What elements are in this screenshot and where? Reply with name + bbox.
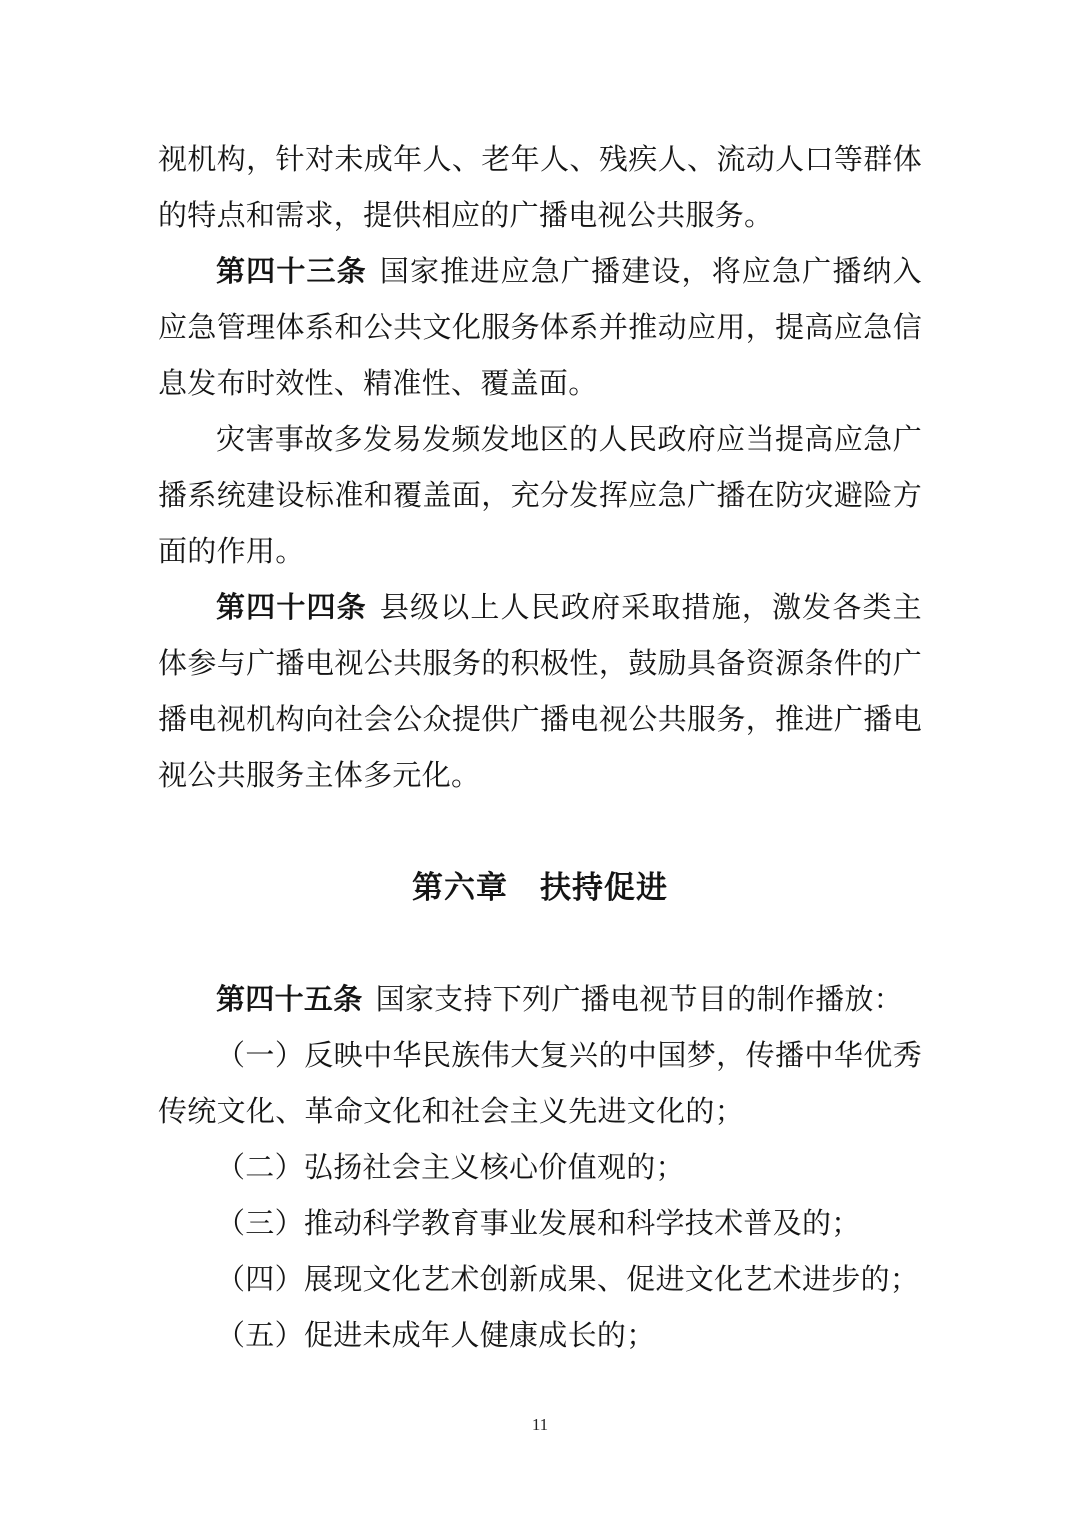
- paragraph: （二）弘扬社会主义核心价值观的；: [158, 1140, 922, 1196]
- article-number: 第四十三条: [216, 256, 367, 288]
- paragraph: 灾害事故多发易发频发地区的人民政府应当提高应急广播系统建设标准和覆盖面，充分发挥…: [158, 412, 922, 580]
- article-paragraph: 第四十三条国家推进应急广播建设，将应急广播纳入应急管理体系和公共文化服务体系并推…: [158, 244, 922, 412]
- chapter-heading: 第六章 扶持促进: [158, 860, 922, 916]
- article-paragraph: 第四十四条县级以上人民政府采取措施，激发各类主体参与广播电视公共服务的积极性，鼓…: [158, 580, 922, 804]
- document-content: 视机构，针对未成年人、老年人、残疾人、流动人口等群体的特点和需求，提供相应的广播…: [158, 132, 922, 1364]
- document-page: 视机构，针对未成年人、老年人、残疾人、流动人口等群体的特点和需求，提供相应的广播…: [0, 0, 1080, 1526]
- page-number: 11: [0, 1412, 1080, 1438]
- article-paragraph: 第四十五条国家支持下列广播电视节目的制作播放：: [158, 972, 922, 1028]
- paragraph: （一）反映中华民族伟大复兴的中国梦，传播中华优秀传统文化、革命文化和社会主义先进…: [158, 1028, 922, 1140]
- article-number: 第四十五条: [216, 984, 363, 1016]
- paragraph: （三）推动科学教育事业发展和科学技术普及的；: [158, 1196, 922, 1252]
- paragraph: 视机构，针对未成年人、老年人、残疾人、流动人口等群体的特点和需求，提供相应的广播…: [158, 132, 922, 244]
- paragraph: （四）展现文化艺术创新成果、促进文化艺术进步的；: [158, 1252, 922, 1308]
- paragraph: （五）促进未成年人健康成长的；: [158, 1308, 922, 1364]
- article-number: 第四十四条: [216, 592, 367, 624]
